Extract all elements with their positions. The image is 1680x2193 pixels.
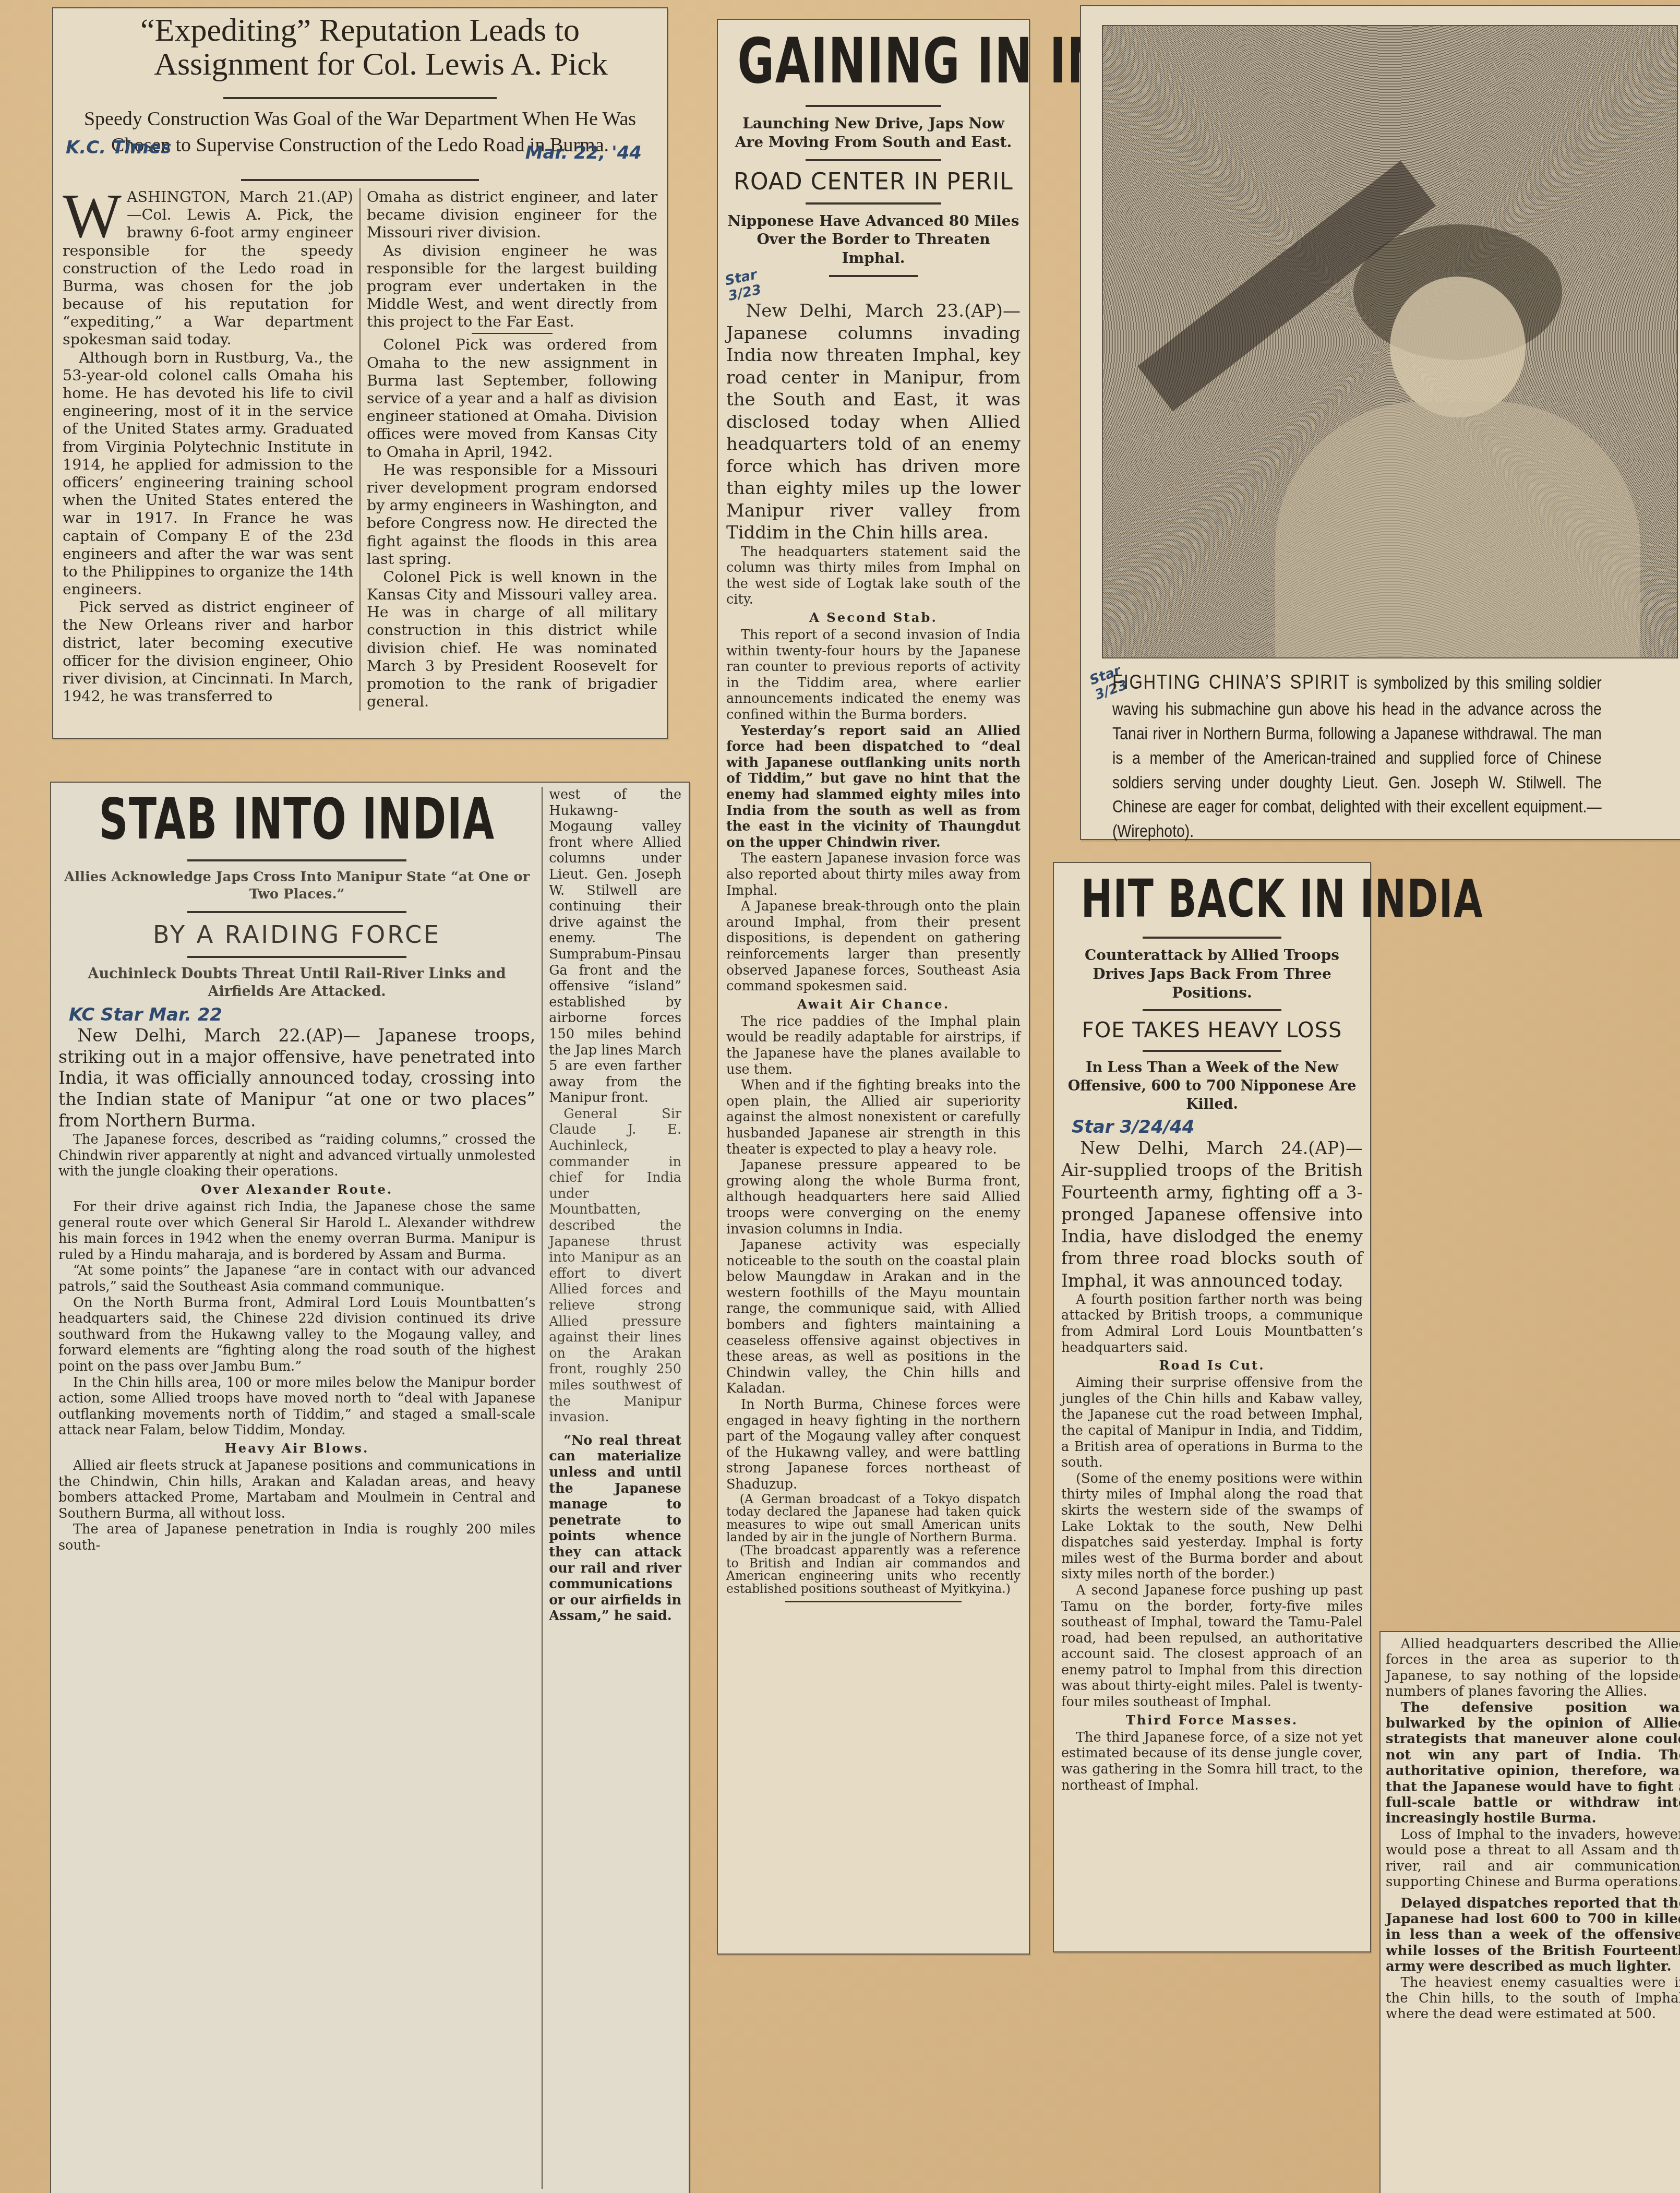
body-text: west of the Hukawng-Mogaung valley front…: [549, 787, 681, 1624]
handwritten-source: KC Star Mar. 22: [69, 1004, 535, 1025]
deck: Counterattack by Allied Troops Drives Ja…: [1061, 946, 1363, 1002]
paragraph: A second Japanese force pushing up past …: [1061, 1583, 1363, 1710]
divider: [241, 179, 479, 181]
lead-paragraph: New Delhi, March 22.(AP)— Japanese troop…: [58, 1025, 535, 1132]
paragraph: Allied air fleets struck at Japanese pos…: [58, 1458, 535, 1521]
divider: [806, 159, 941, 161]
paragraph: The heaviest enemy casualties were in th…: [1386, 1975, 1680, 2022]
paragraph: (The broadcast apparently was a referenc…: [726, 1544, 1021, 1596]
quote-paragraph: “No real threat can materialize unless a…: [549, 1433, 681, 1624]
end-divider: [785, 1601, 962, 1602]
photo-caption: FIGHTING CHINA’S SPIRIT is symbolized by…: [1112, 669, 1603, 844]
column-1: WASHINGTON, March 21.(AP) —Col. Lewis A.…: [63, 188, 359, 711]
paragraph: A fourth position farther north was bein…: [1061, 1292, 1363, 1356]
caption-text: FIGHTING CHINA’S SPIRIT is symbolized by…: [1112, 669, 1602, 844]
divider: [1143, 1009, 1281, 1011]
handwritten-date: Mar. 22, '44: [525, 142, 642, 163]
body-text: The headquarters statement said the colu…: [726, 544, 1021, 1602]
paragraph: Although born in Rustburg, Va., the 53-y…: [63, 349, 353, 599]
paragraph: This report of a second invasion of Indi…: [726, 627, 1021, 723]
divider: [829, 275, 917, 277]
body-text: The Japanese forces, described as “raidi…: [58, 1132, 535, 1553]
subhead: Road Is Cut.: [1061, 1358, 1363, 1373]
clipping-pick-article: “Expediting” Reputation Leads to Assignm…: [52, 7, 668, 739]
paragraph: The headquarters statement said the colu…: [726, 544, 1021, 608]
paragraph: Loss of Imphal to the invaders, however,…: [1386, 1827, 1680, 1890]
paragraph: Yesterday’s report said an Allied force …: [726, 723, 1021, 851]
paragraph: (Some of the enemy positions were within…: [1061, 1471, 1363, 1583]
handwritten-source: Star 3/24/44: [1072, 1117, 1363, 1137]
divider: [472, 333, 553, 334]
column-2: west of the Hukawng-Mogaung valley front…: [542, 787, 681, 2189]
divider: [806, 202, 941, 205]
scrapbook-page: “Expediting” Reputation Leads to Assignm…: [0, 0, 1680, 2193]
secondary-headline: FOE TAKES HEAVY LOSS: [1061, 1018, 1363, 1042]
annotation-row: K.C. Times Mar. 22, '44: [63, 158, 657, 179]
paragraph: On the North Burma front, Admiral Lord L…: [58, 1295, 535, 1375]
paragraph: The third Japanese force, of a size not …: [1061, 1730, 1363, 1793]
divider: [187, 859, 407, 861]
paragraph: The rice paddies of the Imphal plain wou…: [726, 1014, 1021, 1077]
paragraph: Japanese activity was especially noticea…: [726, 1237, 1021, 1397]
paragraph: The Japanese forces, described as “raidi…: [58, 1132, 535, 1180]
handwritten-source: K.C. Times: [66, 137, 172, 158]
article-body: New Delhi, March 22.(AP)— Japanese troop…: [58, 1025, 535, 1554]
headline: STAB INTO INDIA: [99, 787, 495, 852]
lead-paragraph: New Delhi, March 23.(AP)— Japanese colum…: [726, 300, 1021, 544]
divider: [187, 911, 407, 913]
subhead: Await Air Chance.: [726, 997, 1021, 1012]
secondary-headline: BY A RAIDING FORCE: [58, 920, 535, 949]
deck: Allies Acknowledge Japs Cross Into Manip…: [58, 869, 535, 904]
caption-lead: FIGHTING CHINA’S SPIRIT: [1112, 672, 1350, 693]
headline: HIT BACK IN INDIA: [1081, 868, 1343, 929]
article-columns: STAB INTO INDIA Allies Acknowledge Japs …: [58, 787, 681, 2189]
paragraph: “At some points” the Japanese “are in co…: [58, 1263, 535, 1295]
clipping-hit-back-in-india: HIT BACK IN INDIA Counterattack by Allie…: [1053, 862, 1371, 1952]
paragraph: Pick served as district engineer of the …: [63, 598, 353, 705]
headline-line-2: Assignment for Col. Lewis A. Pick: [63, 47, 657, 81]
paragraph: As division engineer he was responsible …: [367, 242, 657, 331]
paragraph: Colonel Pick is well known in the Kansas…: [367, 568, 657, 711]
paragraph: Delayed dispatches reported that the Jap…: [1386, 1896, 1680, 1975]
paragraph: He was responsible for a Missouri river …: [367, 461, 657, 568]
article-body: New Delhi, March 24.(AP)— Air-supplied t…: [1061, 1137, 1363, 1793]
clipping-hit-back-continuation: Allied headquarters described the Allied…: [1379, 1631, 1680, 2193]
paragraph: Japanese pressure appeared to be growing…: [726, 1157, 1021, 1237]
clipping-gaining-in-india: GAINING IN INDIA Launching New Drive, Ja…: [717, 19, 1030, 1955]
paragraph: In the Chin hills area, 100 or more mile…: [58, 1375, 535, 1439]
paragraph: Omaha as district engineer, and later be…: [367, 188, 657, 242]
subhead: Over Alexander Route.: [58, 1182, 535, 1197]
paragraph: The eastern Japanese invasion force was …: [726, 850, 1021, 898]
paragraph: When and if the fighting breaks into the…: [726, 1077, 1021, 1157]
lead-paragraph: New Delhi, March 24.(AP)— Air-supplied t…: [1061, 1137, 1363, 1292]
subhead: Heavy Air Blows.: [58, 1441, 535, 1456]
paragraph: (A German broadcast of a Tokyo dispatch …: [726, 1493, 1021, 1544]
divider: [1143, 1050, 1281, 1052]
paragraph: In North Burma, Chinese forces were enga…: [726, 1397, 1021, 1493]
lead-paragraph: WASHINGTON, March 21.(AP) —Col. Lewis A.…: [63, 188, 353, 349]
divider: [1143, 937, 1281, 939]
body-text: A fourth position farther north was bein…: [1061, 1292, 1363, 1793]
news-photo-soldier: [1102, 25, 1678, 658]
paragraph: For their drive against rich India, the …: [58, 1199, 535, 1263]
divider: [806, 105, 941, 107]
article-columns: WASHINGTON, March 21.(AP) —Col. Lewis A.…: [63, 188, 657, 711]
clipping-stab-into-india: STAB INTO INDIA Allies Acknowledge Japs …: [50, 782, 690, 2193]
headline: GAINING IN INDIA: [737, 25, 1009, 98]
paragraph: Aiming their surprise offensive from the…: [1061, 1375, 1363, 1471]
paragraph: A Japanese break-through onto the plain …: [726, 898, 1021, 994]
column-2: Omaha as district engineer, and later be…: [359, 188, 657, 711]
article-body: New Delhi, March 23.(AP)— Japanese colum…: [726, 300, 1021, 1602]
drop-cap: W: [63, 190, 122, 242]
body-text: Allied headquarters described the Allied…: [1386, 1636, 1680, 2022]
paragraph: The defensive position was bulwarked by …: [1386, 1700, 1680, 1827]
subhead: A Second Stab.: [726, 610, 1021, 625]
subhead: Third Force Masses.: [1061, 1712, 1363, 1728]
paragraph: The area of Japanese penetration in Indi…: [58, 1521, 535, 1553]
paragraph: west of the Hukawng-Mogaung valley front…: [549, 787, 681, 1106]
divider: [187, 956, 407, 958]
paragraph: General Sir Claude J. E. Auchinleck, com…: [549, 1106, 681, 1425]
headline: “Expediting” Reputation Leads to Assignm…: [63, 14, 657, 81]
paragraph: Allied headquarters described the Allied…: [1386, 1636, 1680, 1700]
photo-face: [1390, 277, 1526, 417]
deck: Auchinleck Doubts Threat Until Rail-Rive…: [58, 965, 535, 1001]
divider: [223, 97, 497, 99]
deck: Launching New Drive, Japs Now Are Moving…: [726, 114, 1021, 152]
clipping-photo: Star 3/23 FIGHTING CHINA’S SPIRIT is sym…: [1080, 5, 1680, 840]
deck: In Less Than a Week of the New Offensive…: [1061, 1059, 1363, 1113]
caption-body: is symbolized by this smiling soldier wa…: [1112, 673, 1602, 841]
headline-line-1: “Expediting” Reputation Leads to: [63, 14, 657, 47]
deck: Nipponese Have Advanced 80 Miles Over th…: [726, 212, 1021, 268]
paragraph: Colonel Pick was ordered from Omaha to t…: [367, 336, 657, 461]
column-1: STAB INTO INDIA Allies Acknowledge Japs …: [58, 787, 542, 2189]
photo-body: [1275, 402, 1640, 658]
secondary-headline: ROAD CENTER IN PERIL: [726, 169, 1021, 195]
